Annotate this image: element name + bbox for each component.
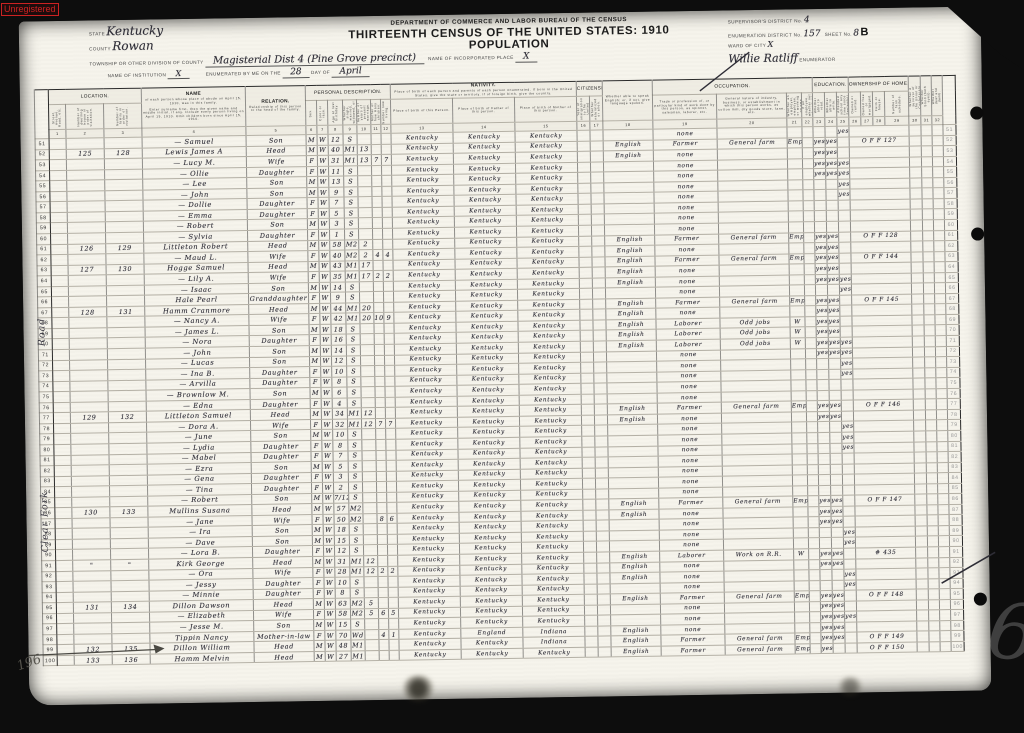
blind-column-header: Whether blind (both eyes). xyxy=(920,76,932,116)
supervisor-district-label: SUPERVISOR'S DISTRICT No. xyxy=(728,18,803,24)
name-column-header: NAME of each person whose place of abode… xyxy=(141,87,246,129)
sub-header-cell: Color or race. xyxy=(316,100,327,125)
incorporated-place-label: NAME OF INCORPORATED PLACE xyxy=(428,55,514,61)
language-column-header: Whether able to speak English; or, if no… xyxy=(602,80,653,121)
census-table: LOCATION. NAME of each person whose plac… xyxy=(34,75,965,667)
county-label: COUNTY xyxy=(89,46,111,51)
column-number: 24 xyxy=(825,117,837,126)
hole-punch-bottom xyxy=(974,592,987,605)
pencil-arrow xyxy=(26,641,176,663)
ink-smudge-bottom-left xyxy=(401,675,435,702)
sub-header-cell: Number of dwelling house in order of vis… xyxy=(65,104,103,130)
sub-header-cell: Whether able to read. xyxy=(812,93,824,118)
enumerated-label: ENUMERATED BY ME ON THE xyxy=(206,70,281,76)
sub-header-cell: If an employee, whether out of work on A… xyxy=(801,93,812,118)
citizenship-group-header: CITIZENSHIP. xyxy=(576,81,602,97)
sub-header-cell: Number of farm schedule. xyxy=(884,91,908,116)
pen-stroke-top xyxy=(695,48,756,94)
state-county-block: STATE Kentucky COUNTY Rowan xyxy=(89,21,339,55)
sub-header-cell: Number of family in order of visitation. xyxy=(103,103,141,129)
enumerator-label: ENUMERATOR xyxy=(799,57,835,63)
sheet-letter: B xyxy=(860,26,868,38)
column-number: 16 xyxy=(577,121,590,130)
sub-header-cell: Whether single, married, widowed, or div… xyxy=(342,100,356,125)
state-value: Kentucky xyxy=(106,23,163,38)
supervisor-district-value: 4 xyxy=(804,15,810,25)
institution-value: X xyxy=(167,69,189,79)
sub-header-cell: Mother of how many children: Number born… xyxy=(370,100,380,125)
sub-header-cell: Place of birth of Father of this person. xyxy=(452,97,514,123)
hole-punch-middle xyxy=(971,227,984,240)
enumeration-district-label: ENUMERATION DISTRICT No. xyxy=(728,32,802,38)
day-of-label: DAY OF xyxy=(311,70,330,75)
district-block: SUPERVISOR'S DISTRICT No. 4 ENUMERATION … xyxy=(728,13,964,65)
column-number: 32 xyxy=(932,116,943,125)
location-group-header: LOCATION. xyxy=(48,88,141,105)
column-number: 8 xyxy=(328,125,343,134)
sub-header-cell: General nature of industry, business, or… xyxy=(716,93,786,119)
sub-header-cell: Number now living. xyxy=(380,99,390,124)
column-number: 6 xyxy=(306,126,317,135)
personal-description-group-header: PERSONAL DESCRIPTION. xyxy=(305,84,390,100)
column-number: 10 xyxy=(357,125,371,134)
sheet-label: SHEET No. xyxy=(825,32,852,37)
sub-header-cell: Number of years of present marriage. xyxy=(356,100,370,125)
screenshot-root: { "watermark": { "label": "Unregistered"… xyxy=(0,0,1024,733)
column-number: 23 xyxy=(813,118,825,127)
column-number: 25 xyxy=(837,117,849,126)
census-sheet-page: STATE Kentucky COUNTY Rowan DEPARTMENT O… xyxy=(19,6,992,705)
column-number: 29 xyxy=(885,116,909,125)
sheet-value: 8 xyxy=(853,28,859,38)
institution-label: NAME OF INSTITUTION xyxy=(108,72,167,78)
survivor-column-header: Whether a survivor of the Union or Confe… xyxy=(908,76,921,116)
column-number: 1 xyxy=(49,129,66,138)
unregistered-watermark: Unregistered xyxy=(1,3,59,16)
township-label: TOWNSHIP OR OTHER DIVISION OF COUNTY xyxy=(89,60,203,67)
column-number: 22 xyxy=(802,118,813,127)
sub-header-cell: Owned free or mortgaged. xyxy=(860,92,872,117)
county-value: Rowan xyxy=(112,38,154,53)
form-header: STATE Kentucky COUNTY Rowan DEPARTMENT O… xyxy=(19,6,982,85)
ownership-group-header: OWNERSHIP OF HOME. xyxy=(848,76,908,92)
enumerated-month: April xyxy=(331,66,369,78)
street-name-vertical-clear-fork: Clear Fork xyxy=(38,441,57,601)
sub-header-cell: Whether an employer, employee, or workin… xyxy=(786,93,801,118)
sub-header-cell: Attended school any time since September… xyxy=(836,92,848,117)
column-number: 30 xyxy=(909,116,921,125)
column-number: 28 xyxy=(873,117,885,126)
pen-stroke-right-margin xyxy=(939,546,1000,587)
sub-header-cell: Street, Avenue, Road, etc. xyxy=(48,104,65,129)
relation-column-header: RELATION. Relationship of this person to… xyxy=(245,86,306,127)
street-name-vertical-road: Road xyxy=(36,273,54,391)
sub-header-cell: Place of birth of this Person. xyxy=(390,98,452,124)
column-number: 11 xyxy=(371,125,381,134)
deaf-column-header: Whether deaf and dumb. xyxy=(931,76,943,116)
column-number: 17 xyxy=(590,121,603,130)
column-number: 9 xyxy=(343,125,357,134)
enumerated-day: 28 xyxy=(282,67,310,78)
enumeration-district-value: 157 xyxy=(803,29,820,39)
column-number: 12 xyxy=(381,124,391,133)
sub-header-cell: Age at last birthday. xyxy=(327,100,342,125)
sub-header-cell: Owned or rented. xyxy=(848,92,860,117)
sub-header-cell: Whether able to write. xyxy=(824,92,836,117)
column-number: 31 xyxy=(921,116,932,125)
column-number: 21 xyxy=(787,118,802,127)
hole-punch-top xyxy=(970,106,983,119)
census-table-body: 51— SamuelSonMW12SKentuckyKentuckyKentuc… xyxy=(35,124,964,666)
sub-header-cell: Year of immigration to the United States… xyxy=(576,96,589,121)
sub-header-cell: Trade or profession of, or particular ki… xyxy=(652,94,716,120)
ink-smudge-bottom-right xyxy=(837,676,863,696)
torn-corner-shadow xyxy=(930,0,1024,70)
education-group-header: EDUCATION. xyxy=(812,77,848,93)
incorporated-place-value: X xyxy=(515,51,538,62)
sub-header-cell: Whether naturalized or alien. xyxy=(589,96,602,121)
column-number: 26 xyxy=(849,117,861,126)
sub-header-cell: Place of birth of Mother of this person. xyxy=(514,96,576,122)
sub-header-cell: Sex. xyxy=(305,101,316,126)
column-number: 7 xyxy=(317,125,328,134)
sub-header-cell: Farm or house. xyxy=(872,92,884,117)
ward-value: X xyxy=(768,40,774,49)
state-label: STATE xyxy=(89,31,105,36)
column-number: 27 xyxy=(861,117,873,126)
